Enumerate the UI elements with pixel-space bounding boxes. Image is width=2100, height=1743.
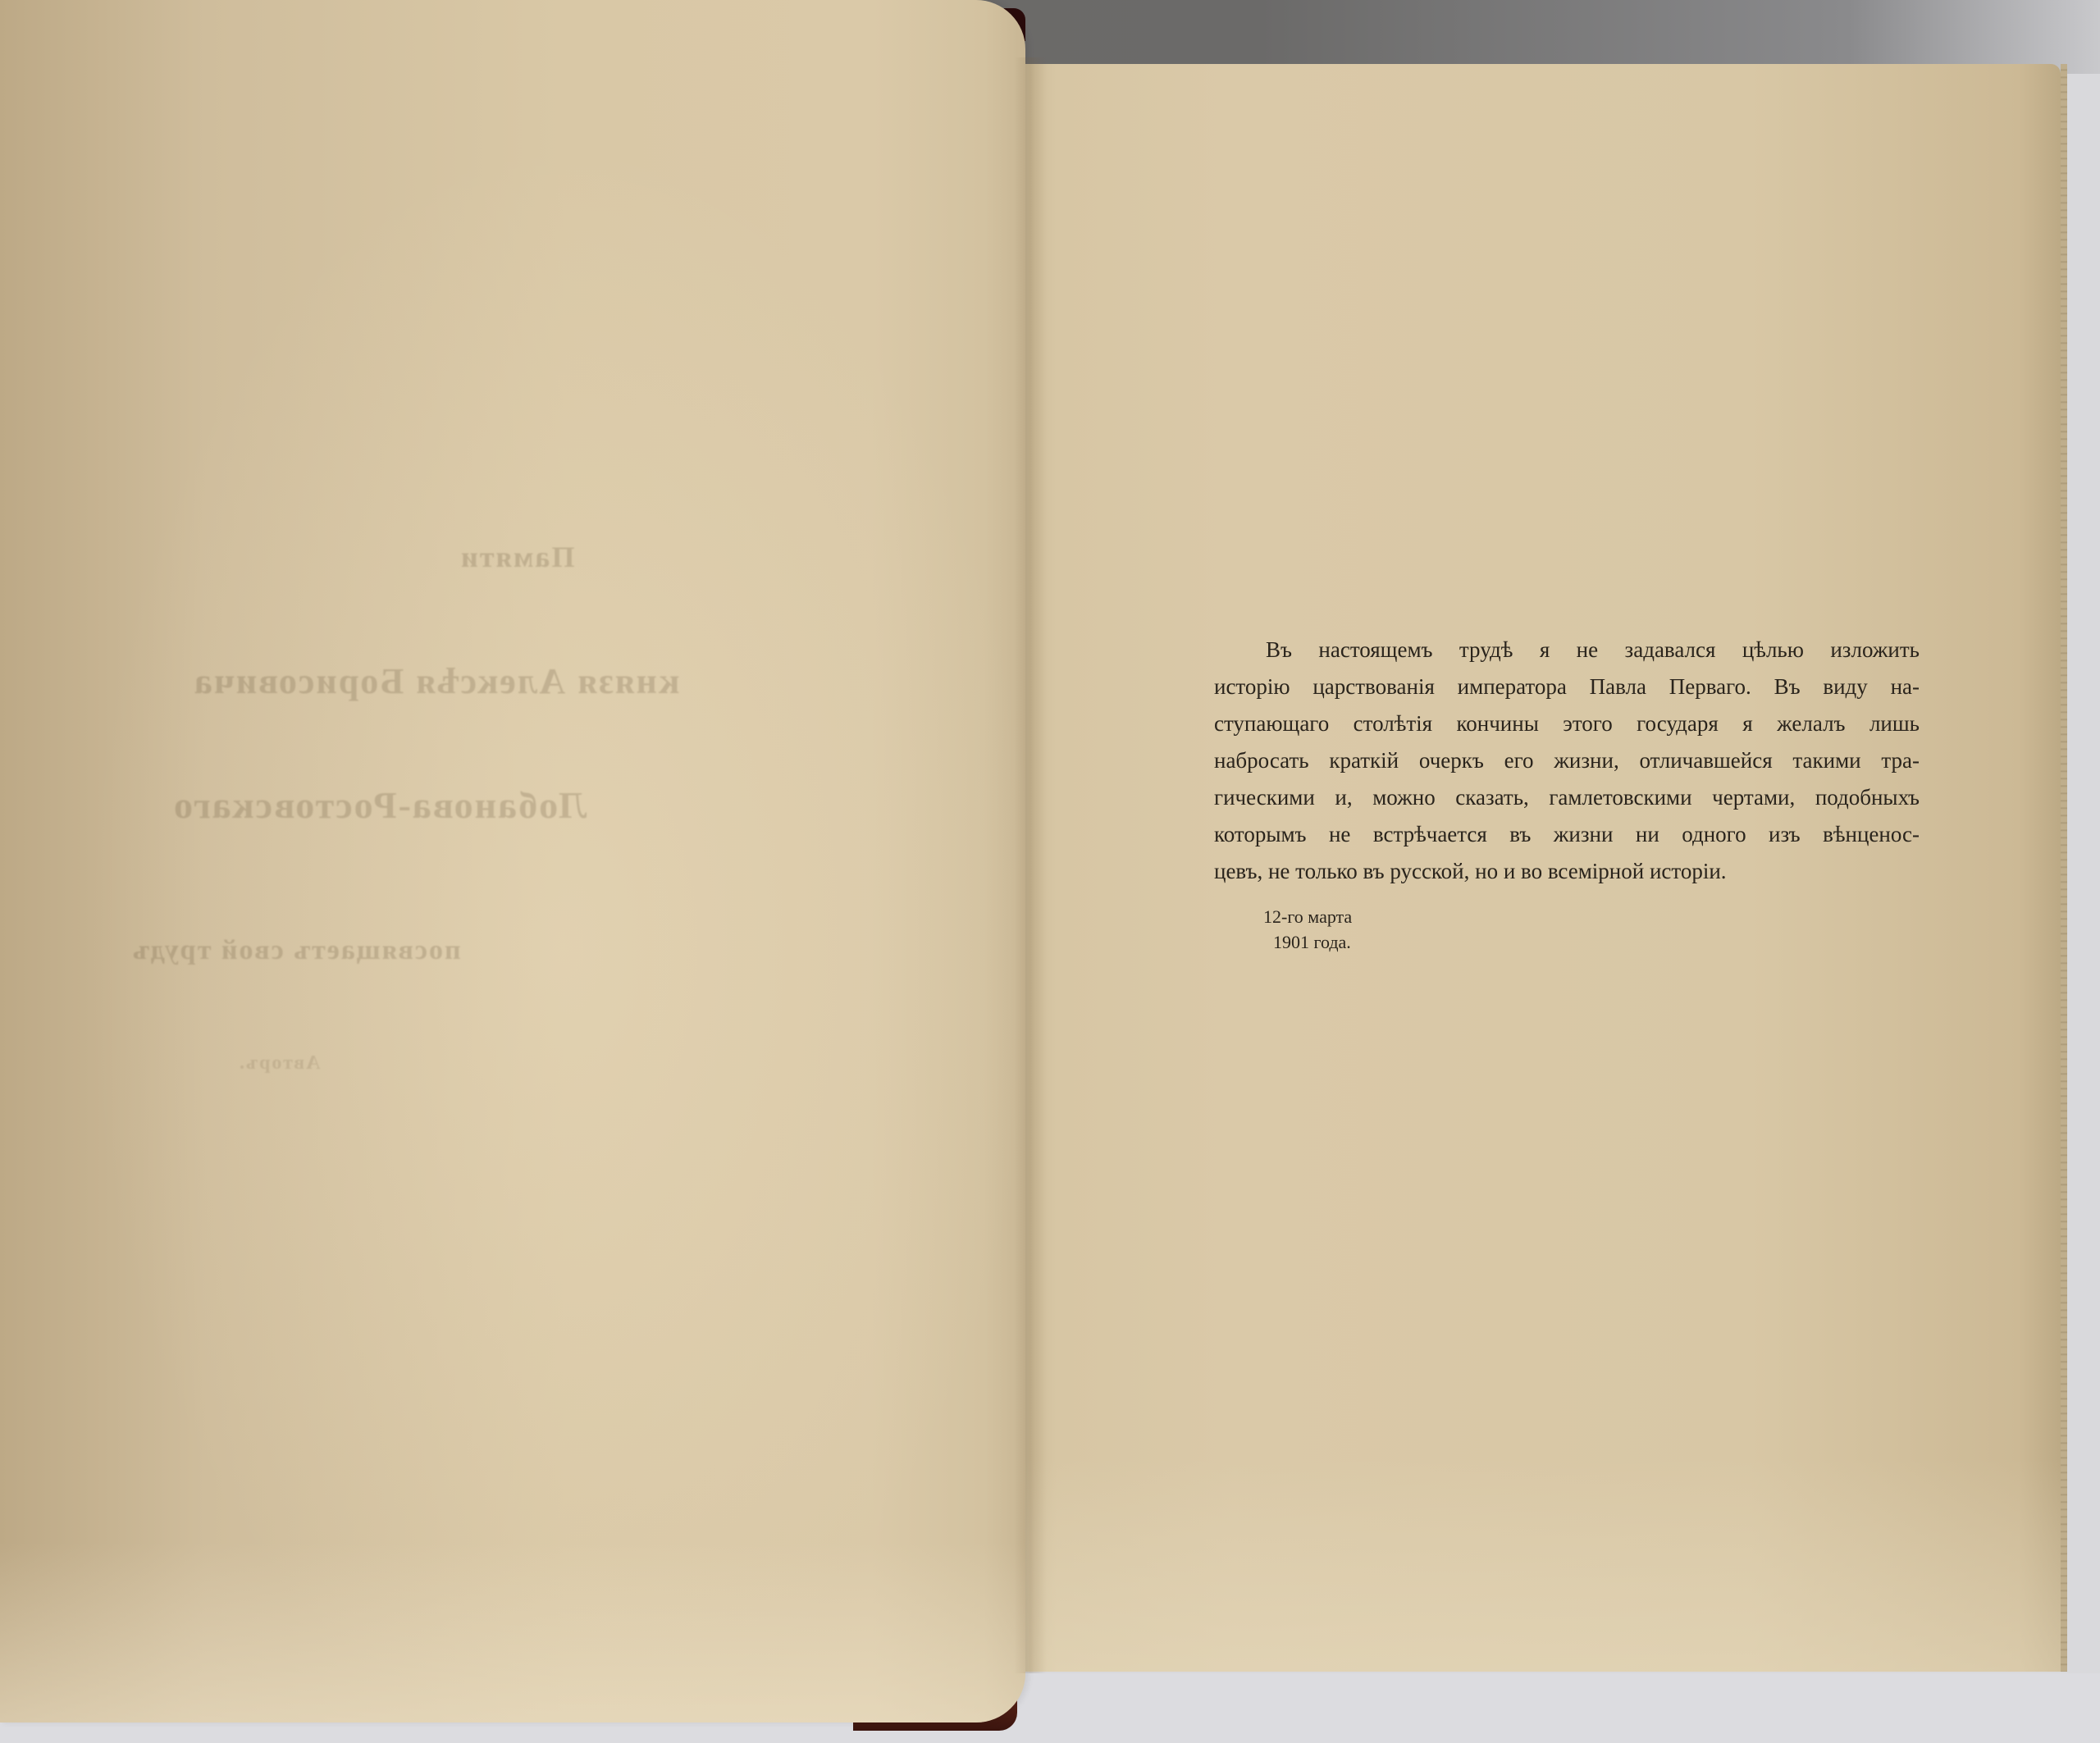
bleed-through-line: Лобанова-Ростовскаго — [172, 783, 587, 827]
bleed-through-line: посвящаетъ свой трудъ — [131, 935, 461, 966]
bleed-through-line: Памяти — [459, 540, 574, 574]
gutter-shadow — [1014, 57, 1047, 1673]
preface-line: набросать краткій очеркъ его жизни, отли… — [1214, 742, 1920, 779]
bleed-through-line: князя Алексѣя Борисовича — [193, 660, 679, 702]
left-page: Памяти князя Алексѣя Борисовича Лобанова… — [0, 0, 1025, 1722]
date-day: 12-го марта — [1263, 904, 1352, 929]
bleed-through-line: Авторъ. — [238, 1052, 321, 1075]
preface-paragraph: Въ настоящемъ трудѣ я не задавался цѣлью… — [1214, 632, 1920, 890]
preface-line: Въ настоящемъ трудѣ я не задавался цѣлью… — [1214, 632, 1920, 668]
preface-line: исторію царствованія императора Павла Пе… — [1214, 668, 1920, 705]
preface-line: которымъ не встрѣчается въ жизни ни одно… — [1214, 816, 1920, 853]
date-signature: 12-го марта 1901 года. — [1263, 904, 1352, 955]
preface-line: гическими и, можно сказать, гамлетовским… — [1214, 779, 1920, 816]
preface-line: цевъ, не только въ русской, но и во всем… — [1214, 853, 1920, 890]
date-year: 1901 года. — [1263, 929, 1352, 955]
page-edge-stack — [2061, 64, 2067, 1672]
preface-line: ступающаго столѣтія кончины этого госуда… — [1214, 705, 1920, 742]
